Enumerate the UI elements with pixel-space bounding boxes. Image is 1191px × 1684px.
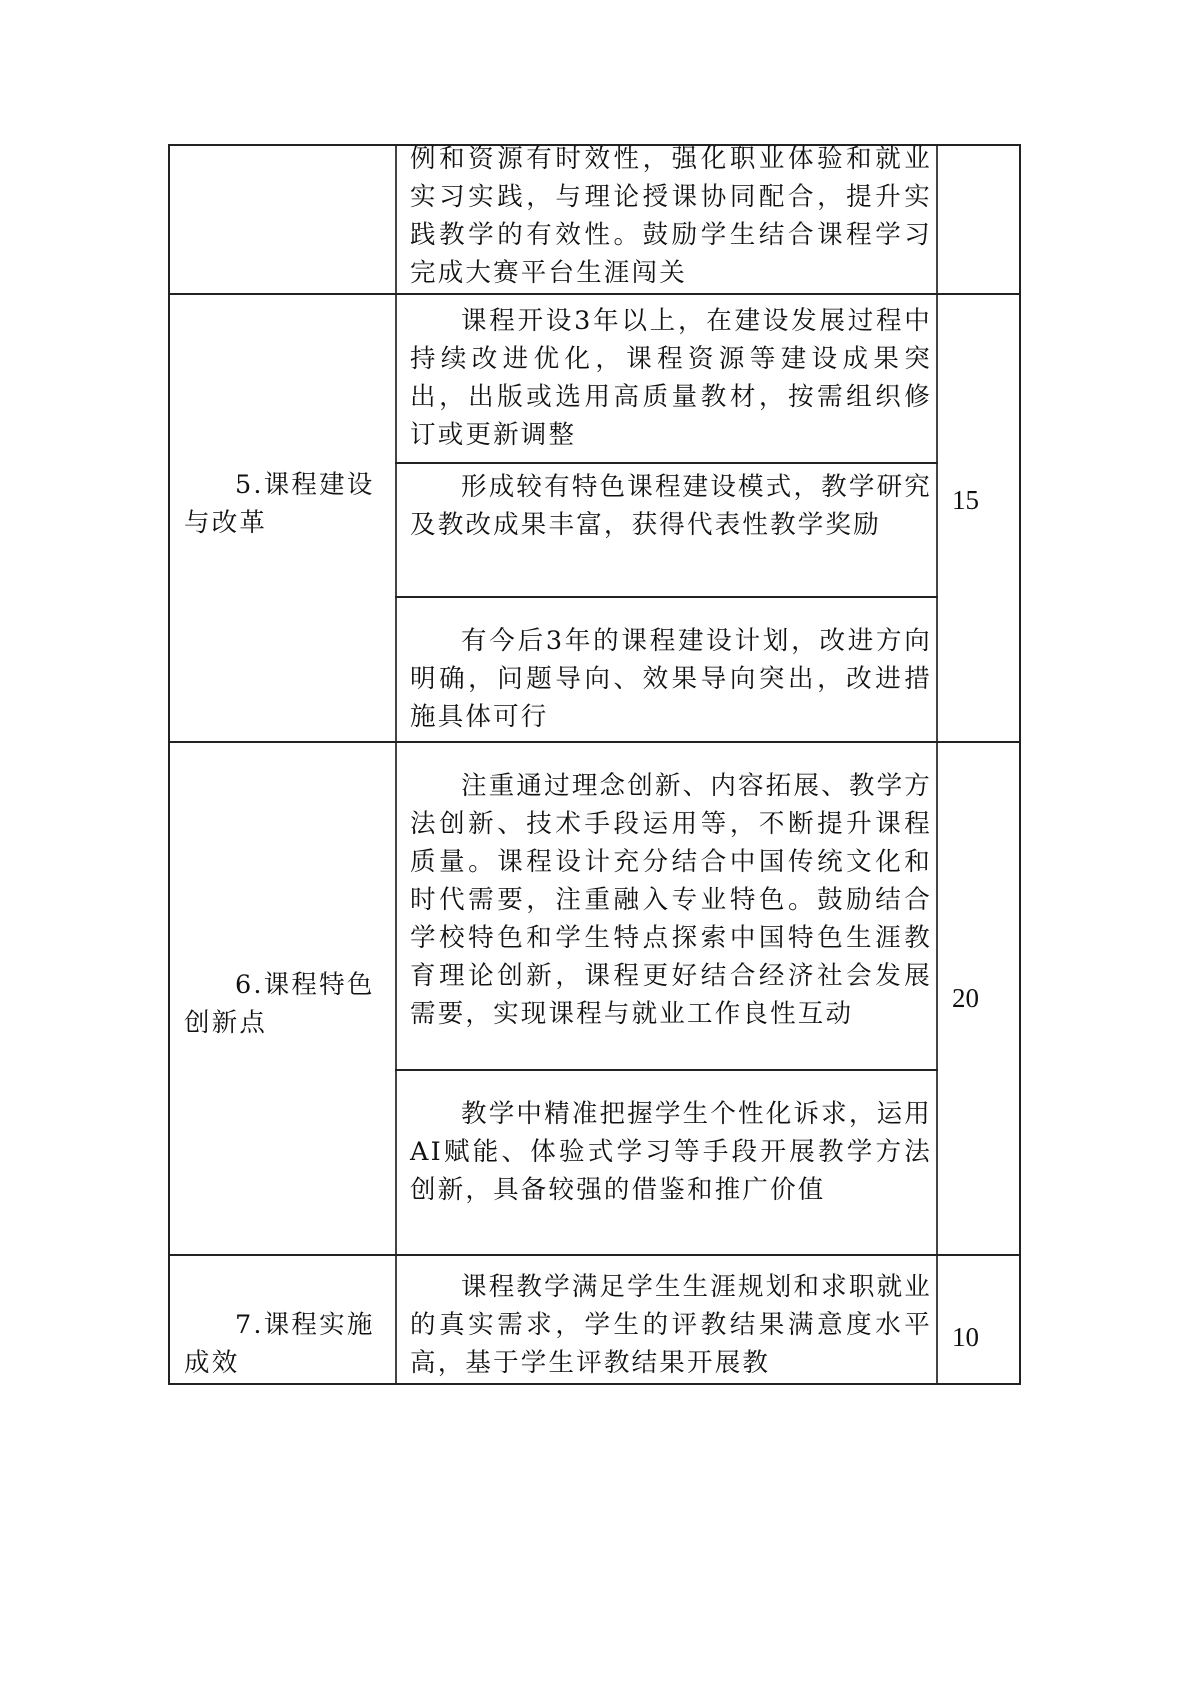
description-text: 形成较有特色课程建设模式，教学研究及教改成果丰富，获得代表性教学奖励 bbox=[410, 468, 932, 544]
score-cell-6: 20 bbox=[940, 979, 1021, 1017]
description-cell-6-2: 教学中精准把握学生个性化诉求，运用AI赋能、体验式学习等手段开展教学方法创新，具… bbox=[397, 1071, 938, 1209]
criterion-cell-5: 5.课程建设与改革 bbox=[170, 466, 397, 542]
criterion-label: 6.课程特色创新点 bbox=[184, 966, 391, 1042]
description-text: 有今后3年的课程建设计划，改进方向明确，问题导向、效果导向突出，改进措施具体可行 bbox=[410, 622, 932, 736]
description-text: 例和资源有时效性，强化职业体验和就业实习实践，与理论授课协同配合，提升实践教学的… bbox=[410, 140, 932, 292]
description-cell-7-1: 课程教学满足学生生涯规划和求职就业的真实需求，学生的评教结果满意度水平高，基于学… bbox=[397, 1256, 938, 1382]
document-page: 例和资源有时效性，强化职业体验和就业实习实践，与理论授课协同配合，提升实践教学的… bbox=[0, 0, 1191, 1684]
description-text: 课程开设3年以上，在建设发展过程中持续改进优化，课程资源等建设成果突出，出版或选… bbox=[410, 302, 932, 454]
criterion-cell-6: 6.课程特色创新点 bbox=[170, 966, 397, 1042]
evaluation-table: 例和资源有时效性，强化职业体验和就业实习实践，与理论授课协同配合，提升实践教学的… bbox=[168, 144, 1021, 1385]
description-cell-5-3: 有今后3年的课程建设计划，改进方向明确，问题导向、效果导向突出，改进措施具体可行 bbox=[397, 598, 938, 736]
continuation-description: 例和资源有时效性，强化职业体验和就业实习实践，与理论授课协同配合，提升实践教学的… bbox=[397, 140, 938, 292]
score-cell-5: 15 bbox=[940, 481, 1021, 519]
criterion-cell-7: 7.课程实施成效 bbox=[170, 1306, 397, 1382]
description-cell-5-2: 形成较有特色课程建设模式，教学研究及教改成果丰富，获得代表性教学奖励 bbox=[397, 464, 938, 544]
description-text: 注重通过理念创新、内容拓展、教学方法创新、技术手段运用等，不断提升课程质量。课程… bbox=[410, 767, 932, 1033]
criterion-label: 7.课程实施成效 bbox=[184, 1306, 391, 1382]
criterion-label: 5.课程建设与改革 bbox=[184, 466, 391, 542]
description-text: 教学中精准把握学生个性化诉求，运用AI赋能、体验式学习等手段开展教学方法创新，具… bbox=[410, 1095, 932, 1209]
description-cell-5-1: 课程开设3年以上，在建设发展过程中持续改进优化，课程资源等建设成果突出，出版或选… bbox=[397, 294, 938, 454]
score-cell-7: 10 bbox=[940, 1318, 1021, 1356]
description-cell-6-1: 注重通过理念创新、内容拓展、教学方法创新、技术手段运用等，不断提升课程质量。课程… bbox=[397, 743, 938, 1033]
description-text: 课程教学满足学生生涯规划和求职就业的真实需求，学生的评教结果满意度水平高，基于学… bbox=[410, 1268, 932, 1382]
